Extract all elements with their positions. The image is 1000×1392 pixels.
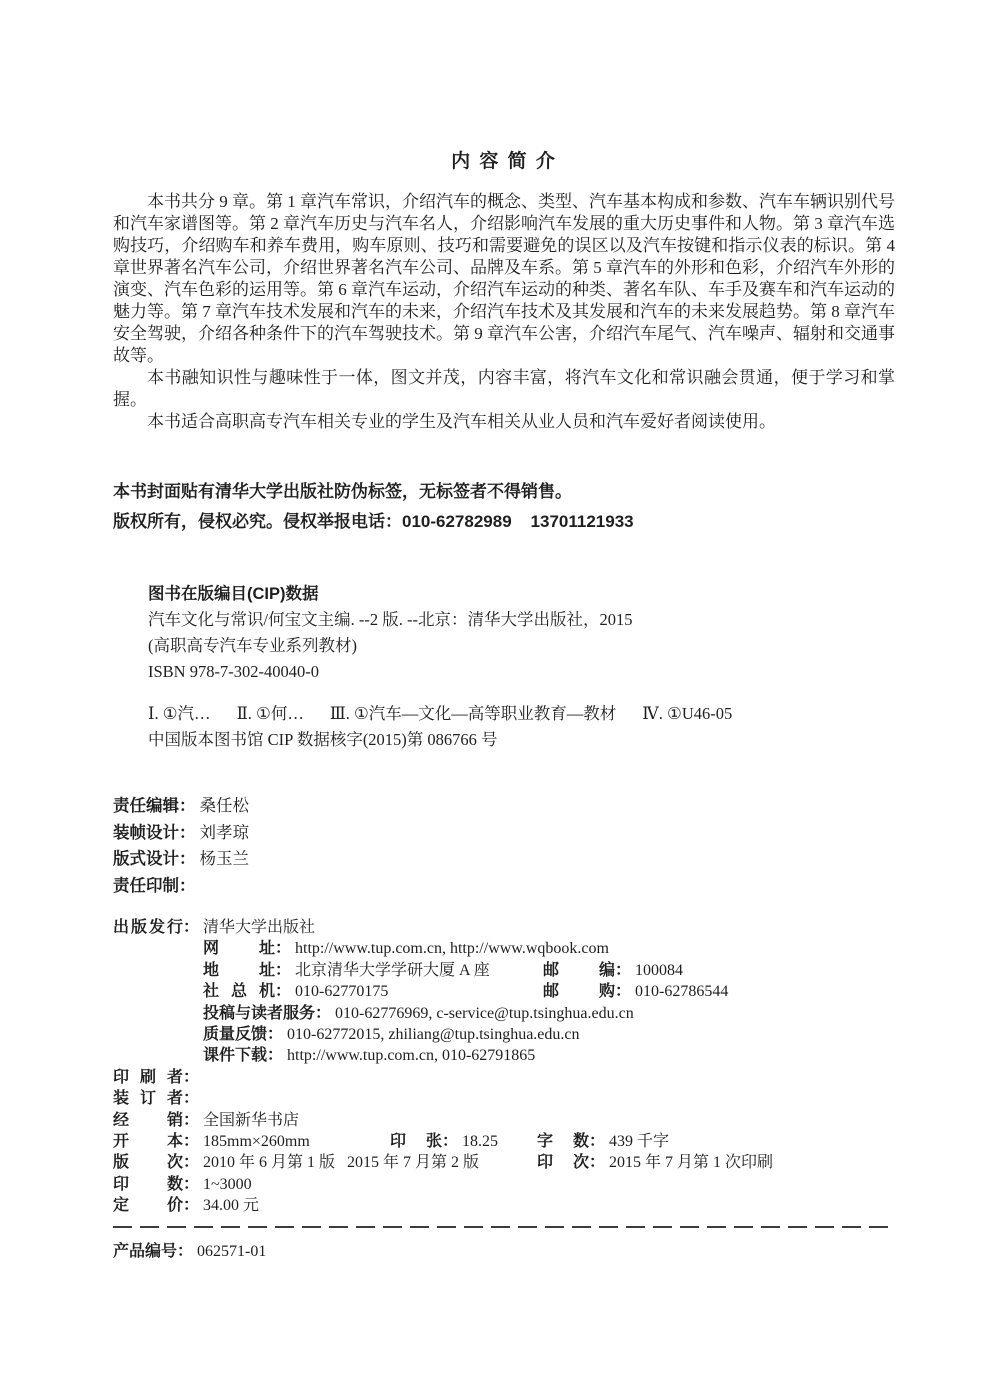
- colon: ：: [177, 1243, 193, 1260]
- distributor-value: 全国新华书店: [199, 1112, 299, 1129]
- product-code-row: 产品编号：062571-01: [113, 1241, 895, 1263]
- address-value: 北京清华大学学研大厦 A 座: [291, 962, 490, 979]
- product-code-value: 062571-01: [193, 1243, 266, 1260]
- courseware-row: 课件下载：http://www.tup.com.cn, 010-62791865: [113, 1045, 895, 1066]
- quality-feedback-value: 010-62772015, zhiliang@tup.tsinghua.edu.…: [283, 1026, 579, 1043]
- credit-value: [196, 876, 200, 895]
- reader-service-row: 投稿与读者服务：010-62776969, c-service@tup.tsin…: [113, 1003, 895, 1024]
- product-code-label: 产品编号: [113, 1243, 177, 1260]
- colon: ：: [275, 940, 291, 957]
- sheets-label: 印张: [390, 1131, 442, 1152]
- colon: ：: [183, 1197, 199, 1214]
- sheets-value: 18.25: [458, 1133, 498, 1150]
- website-row: 网址：http://www.tup.com.cn, http://www.wqb…: [113, 938, 895, 959]
- colon: ：: [183, 1069, 199, 1086]
- impression-label: 印次: [537, 1152, 589, 1173]
- colon: ：: [275, 983, 291, 1000]
- intro-paragraph: 本书共分 9 章。第 1 章汽车常识，介绍汽车的概念、类型、汽车基本构成和参数、…: [113, 191, 895, 367]
- cip-record-number: 中国版本图书馆 CIP 数据核字(2015)第 086766 号: [148, 727, 895, 753]
- cip-class-item: Ⅰ. ①汽…: [148, 701, 211, 727]
- colon: ：: [315, 1005, 331, 1022]
- mailorder-value: 010-62786544: [631, 983, 728, 1000]
- colon: ：: [179, 877, 196, 895]
- website-label: 网址: [203, 938, 275, 959]
- divider-dashed-line: [113, 1226, 895, 1228]
- cip-class-item: Ⅱ. ①何…: [237, 701, 304, 727]
- colon: ：: [183, 1090, 199, 1107]
- printrun-label: 印数: [113, 1174, 183, 1195]
- format-value: 185mm×260mm: [199, 1133, 310, 1150]
- reader-service-label: 投稿与读者服务: [203, 1005, 315, 1022]
- credit-label: 装帧设计: [113, 824, 179, 842]
- printer-row: 印刷者：: [113, 1067, 895, 1088]
- cip-heading: 图书在版编目(CIP)数据: [148, 581, 895, 607]
- wordcount-label: 字数: [537, 1131, 589, 1152]
- impression-col: 印次：2015 年 7 月第 1 次印刷: [537, 1152, 773, 1173]
- quality-feedback-row: 质量反馈：010-62772015, zhiliang@tup.tsinghua…: [113, 1024, 895, 1045]
- credit-row-editor: 责任编辑：桑任松: [113, 793, 895, 820]
- printrun-value: 1~3000: [199, 1176, 252, 1193]
- edition-label: 版次: [113, 1152, 183, 1173]
- price-value: 34.00 元: [199, 1197, 259, 1214]
- credit-value: 杨玉兰: [196, 849, 250, 868]
- binder-label: 装订者: [113, 1088, 183, 1109]
- colon: ：: [267, 1047, 283, 1064]
- printrun-row: 印数：1~3000: [113, 1174, 895, 1195]
- colon: ：: [275, 962, 291, 979]
- address-row: 地址：北京清华大学学研大厦 A 座 邮编：100084: [113, 960, 895, 981]
- mailorder-label: 邮购: [543, 981, 615, 1002]
- cip-isbn: ISBN 978-7-302-40040-0: [148, 659, 895, 685]
- quality-feedback-label: 质量反馈: [203, 1026, 267, 1043]
- colon: ：: [589, 1154, 605, 1171]
- copyright-warning: 本书封面贴有清华大学出版社防伪标签，无标签者不得销售。 版权所有，侵权必究。侵权…: [113, 477, 895, 537]
- format-label: 开本: [113, 1131, 183, 1152]
- publisher-name: 清华大学出版社: [199, 919, 315, 936]
- colon: ：: [179, 824, 196, 842]
- colon: ：: [267, 1026, 283, 1043]
- intro-paragraph: 本书适合高职高专汽车相关专业的学生及汽车相关从业人员和汽车爱好者阅读使用。: [113, 411, 895, 433]
- zip-value: 100084: [631, 962, 683, 979]
- wordcount-value: 439 千字: [605, 1133, 669, 1150]
- colon: ：: [183, 919, 199, 936]
- wordcount-col: 字数：439 千字: [537, 1131, 669, 1152]
- colon: ：: [183, 1112, 199, 1129]
- switchboard-value: 010-62770175: [291, 983, 388, 1000]
- cip-classification: Ⅰ. ①汽… Ⅱ. ①何… Ⅲ. ①汽车—文化—高等职业教育—教材 Ⅳ. ①U4…: [148, 701, 895, 727]
- website-value: http://www.tup.com.cn, http://www.wqbook…: [291, 940, 609, 957]
- printer-label: 印刷者: [113, 1067, 183, 1088]
- credits-block: 责任编辑：桑任松 装帧设计：刘孝琼 版式设计：杨玉兰 责任印制：: [113, 793, 895, 899]
- sheets-col: 印张：18.25: [390, 1131, 498, 1152]
- intro-paragraph: 本书融知识性与趣味性于一体，图文并茂，内容丰富，将汽车文化和常识融会贯通，便于学…: [113, 367, 895, 411]
- price-label: 定价: [113, 1195, 183, 1216]
- content-intro-section: 本书共分 9 章。第 1 章汽车常识，介绍汽车的概念、类型、汽车基本构成和参数、…: [113, 191, 895, 433]
- page-title: 内 容 简 介: [113, 146, 895, 173]
- mailorder-col: 邮购：010-62786544: [543, 981, 728, 1002]
- colon: ：: [183, 1176, 199, 1193]
- colon: ：: [183, 1154, 199, 1171]
- colon: ：: [615, 983, 631, 1000]
- zip-col: 邮编：100084: [543, 960, 683, 981]
- courseware-label: 课件下载: [203, 1047, 267, 1064]
- cip-block: 图书在版编目(CIP)数据 汽车文化与常识/何宝文主编. --2 版. --北京…: [148, 581, 895, 753]
- cip-entry: 汽车文化与常识/何宝文主编. --2 版. --北京：清华大学出版社，2015: [148, 607, 895, 633]
- credit-row-print-supervisor: 责任印制：: [113, 873, 895, 900]
- switchboard-label: 社总机: [203, 981, 275, 1002]
- credit-value: 刘孝琼: [196, 823, 250, 842]
- credit-row-cover-design: 装帧设计：刘孝琼: [113, 820, 895, 847]
- edition-row: 版次：2010 年 6 月第 1 版 2015 年 7 月第 2 版 印次：20…: [113, 1152, 895, 1173]
- credit-row-layout-design: 版式设计：杨玉兰: [113, 846, 895, 873]
- all-rights-reserved-notice: 版权所有，侵权必究。侵权举报电话：010-62782989 1370112193…: [113, 507, 895, 537]
- credit-label: 责任编辑: [113, 797, 179, 815]
- credit-label: 责任印制: [113, 877, 179, 895]
- publisher-block: 出版发行：清华大学出版社 网址：http://www.tup.com.cn, h…: [113, 917, 895, 1217]
- zip-label: 邮编: [543, 960, 615, 981]
- colon: ：: [589, 1133, 605, 1150]
- anti-counterfeit-notice: 本书封面贴有清华大学出版社防伪标签，无标签者不得销售。: [113, 477, 895, 507]
- cip-class-item: Ⅳ. ①U46-05: [642, 701, 732, 727]
- colon: ：: [442, 1133, 458, 1150]
- reader-service-value: 010-62776969, c-service@tup.tsinghua.edu…: [331, 1005, 634, 1022]
- address-label: 地址: [203, 960, 275, 981]
- publisher-row: 出版发行：清华大学出版社: [113, 917, 895, 938]
- price-row: 定价：34.00 元: [113, 1195, 895, 1216]
- distributor-label: 经销: [113, 1110, 183, 1131]
- colon: ：: [183, 1133, 199, 1150]
- copyright-page: 内 容 简 介 本书共分 9 章。第 1 章汽车常识，介绍汽车的概念、类型、汽车…: [0, 0, 1000, 1392]
- switchboard-row: 社总机：010-62770175 邮购：010-62786544: [113, 981, 895, 1002]
- cip-series: (高职高专汽车专业系列教材): [148, 633, 895, 659]
- format-row: 开本：185mm×260mm 印张：18.25 字数：439 千字: [113, 1131, 895, 1152]
- impression-value: 2015 年 7 月第 1 次印刷: [605, 1154, 773, 1171]
- printer-value: [199, 1069, 203, 1086]
- credit-label: 版式设计: [113, 850, 179, 868]
- colon: ：: [615, 962, 631, 979]
- courseware-value: http://www.tup.com.cn, 010-62791865: [283, 1047, 535, 1064]
- binder-row: 装订者：: [113, 1088, 895, 1109]
- colon: ：: [179, 850, 196, 868]
- binder-value: [199, 1090, 203, 1107]
- edition-value: 2010 年 6 月第 1 版 2015 年 7 月第 2 版: [199, 1154, 479, 1171]
- credit-value: 桑任松: [196, 796, 250, 815]
- colon: ：: [179, 797, 196, 815]
- distributor-row: 经销：全国新华书店: [113, 1110, 895, 1131]
- publisher-label: 出版发行: [113, 917, 183, 938]
- cip-class-item: Ⅲ. ①汽车—文化—高等职业教育—教材: [330, 701, 616, 727]
